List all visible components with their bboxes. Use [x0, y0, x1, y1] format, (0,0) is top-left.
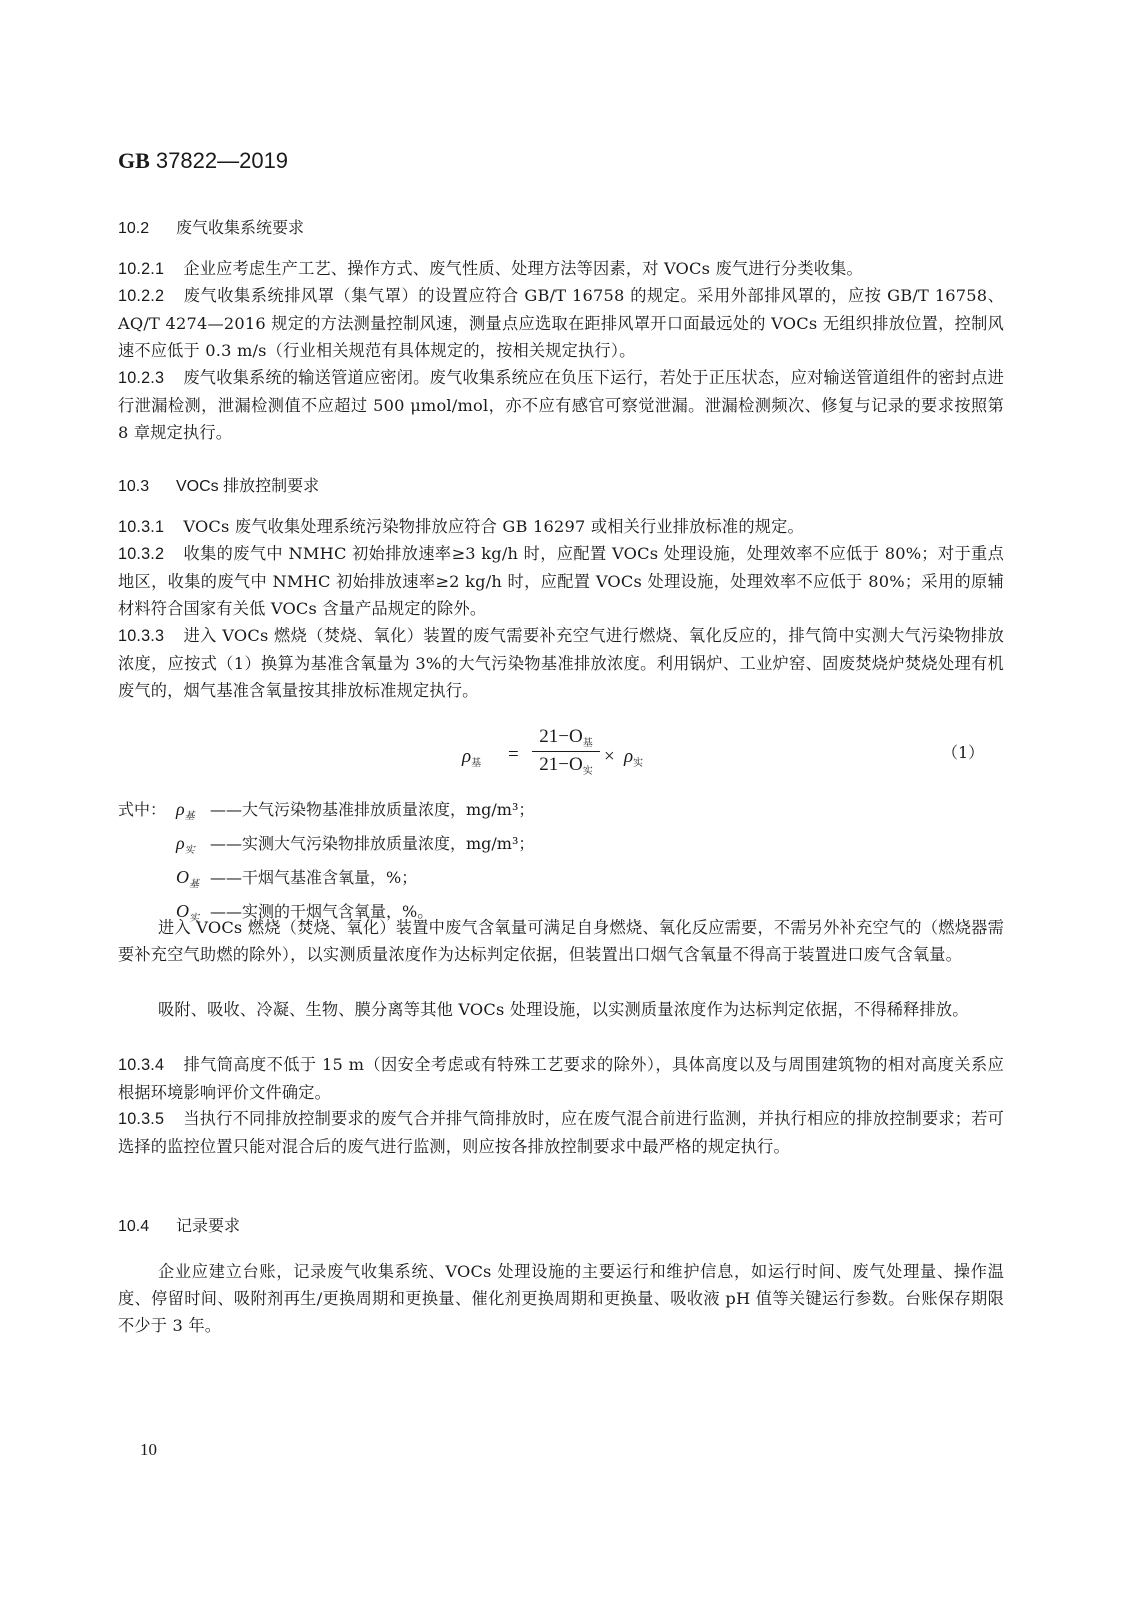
standard-number: 37822—2019 [156, 148, 288, 173]
standard-header: GB 37822—2019 [118, 148, 288, 174]
legend-item: O基——干烟气基准含氧量，%； [118, 864, 534, 898]
section-heading-10-4: 10.4记录要求 [118, 1213, 240, 1236]
clause-text: 进入 VOCs 燃烧（焚烧、氧化）装置的废气需要补充空气进行燃烧、氧化反应的，排… [118, 626, 1004, 700]
paragraph-records: 企业应建立台账，记录废气收集系统、VOCs 处理设施的主要运行和维护信息，如运行… [118, 1258, 1004, 1339]
clause-number: 10.2.2 [118, 283, 178, 310]
clause-number: 10.3.3 [118, 623, 178, 650]
clause-10-2-2: 10.2.2 废气收集系统排风罩（集气罩）的设置应符合 GB/T 16758 的… [118, 282, 1004, 364]
clause-number: 10.3.4 [118, 1052, 178, 1079]
formula-fraction: 21−O基 21−O实 [532, 726, 600, 777]
formula-lhs: ρ基 [462, 746, 481, 769]
clause-number: 10.2.1 [118, 256, 178, 283]
legend-item: 式中：ρ基——大气污染物基准排放质量浓度，mg/m³； [118, 796, 534, 830]
formula-times: × [604, 746, 615, 768]
clause-10-3-5: 10.3.5 当执行不同排放控制要求的废气合并排气筒排放时，应在废气混合前进行监… [118, 1105, 1004, 1160]
formula-denominator: 21−O实 [532, 752, 600, 777]
section-heading-10-3: 10.3VOCs 排放控制要求 [118, 473, 319, 496]
clause-10-3-2: 10.3.2 收集的废气中 NMHC 初始排放速率≥3 kg/h 时，应配置 V… [118, 540, 1004, 622]
clause-text: 排气筒高度不低于 15 m（因安全考虑或有特殊工艺要求的除外），具体高度以及与周… [118, 1055, 1004, 1102]
paragraph-combustion: 进入 VOCs 燃烧（焚烧、氧化）装置中废气含氧量可满足自身燃烧、氧化反应需要，… [118, 914, 1004, 968]
standard-prefix: GB [118, 148, 150, 173]
clause-number: 10.3.5 [118, 1106, 178, 1133]
document-page: GB 37822—2019 10.2废气收集系统要求 10.2.1 企业应考虑生… [0, 0, 1140, 1600]
clause-number: 10.3.2 [118, 541, 178, 568]
page-number: 10 [140, 1440, 157, 1460]
clause-10-3-4: 10.3.4 排气筒高度不低于 15 m（因安全考虑或有特殊工艺要求的除外），具… [118, 1051, 1004, 1106]
clause-text: 企业应考虑生产工艺、操作方式、废气性质、处理方法等因素，对 VOCs 废气进行分… [183, 259, 863, 278]
section-heading-10-2: 10.2废气收集系统要求 [118, 215, 304, 238]
clause-10-3-1: 10.3.1 VOCs 废气收集处理系统污染物排放应符合 GB 16297 或相… [118, 513, 1004, 541]
formula-numerator: 21−O基 [532, 726, 600, 752]
clause-text: 废气收集系统的输送管道应密闭。废气收集系统应在负压下运行，若处于正压状态，应对输… [118, 368, 1004, 442]
equation-number: （1） [942, 740, 984, 763]
clause-text: 废气收集系统排风罩（集气罩）的设置应符合 GB/T 16758 的规定。采用外部… [118, 286, 1004, 360]
clause-text: VOCs 废气收集处理系统污染物排放应符合 GB 16297 或相关行业排放标准… [183, 517, 804, 536]
formula-rhs: ρ实 [624, 746, 643, 769]
clause-10-2-3: 10.2.3 废气收集系统的输送管道应密闭。废气收集系统应在负压下运行，若处于正… [118, 364, 1004, 446]
clause-10-2-1: 10.2.1 企业应考虑生产工艺、操作方式、废气性质、处理方法等因素，对 VOC… [118, 255, 1004, 283]
paragraph-adsorption: 吸附、吸收、冷凝、生物、膜分离等其他 VOCs 处理设施，以实测质量浓度作为达标… [118, 996, 1004, 1023]
formula-legend: 式中：ρ基——大气污染物基准排放质量浓度，mg/m³； ρ实——实测大气污染物排… [118, 796, 534, 932]
clause-text: 收集的废气中 NMHC 初始排放速率≥3 kg/h 时，应配置 VOCs 处理设… [118, 544, 1004, 618]
formula-equals: = [508, 744, 519, 766]
clause-number: 10.2.3 [118, 365, 178, 392]
clause-10-3-3: 10.3.3 进入 VOCs 燃烧（焚烧、氧化）装置的废气需要补充空气进行燃烧、… [118, 622, 1004, 704]
equation-1: ρ基 = 21−O基 21−O实 × ρ实 （1） [462, 726, 1022, 786]
legend-item: ρ实——实测大气污染物排放质量浓度，mg/m³； [118, 830, 534, 864]
clause-number: 10.3.1 [118, 514, 178, 541]
clause-text: 当执行不同排放控制要求的废气合并排气筒排放时，应在废气混合前进行监测，并执行相应… [118, 1109, 1004, 1156]
